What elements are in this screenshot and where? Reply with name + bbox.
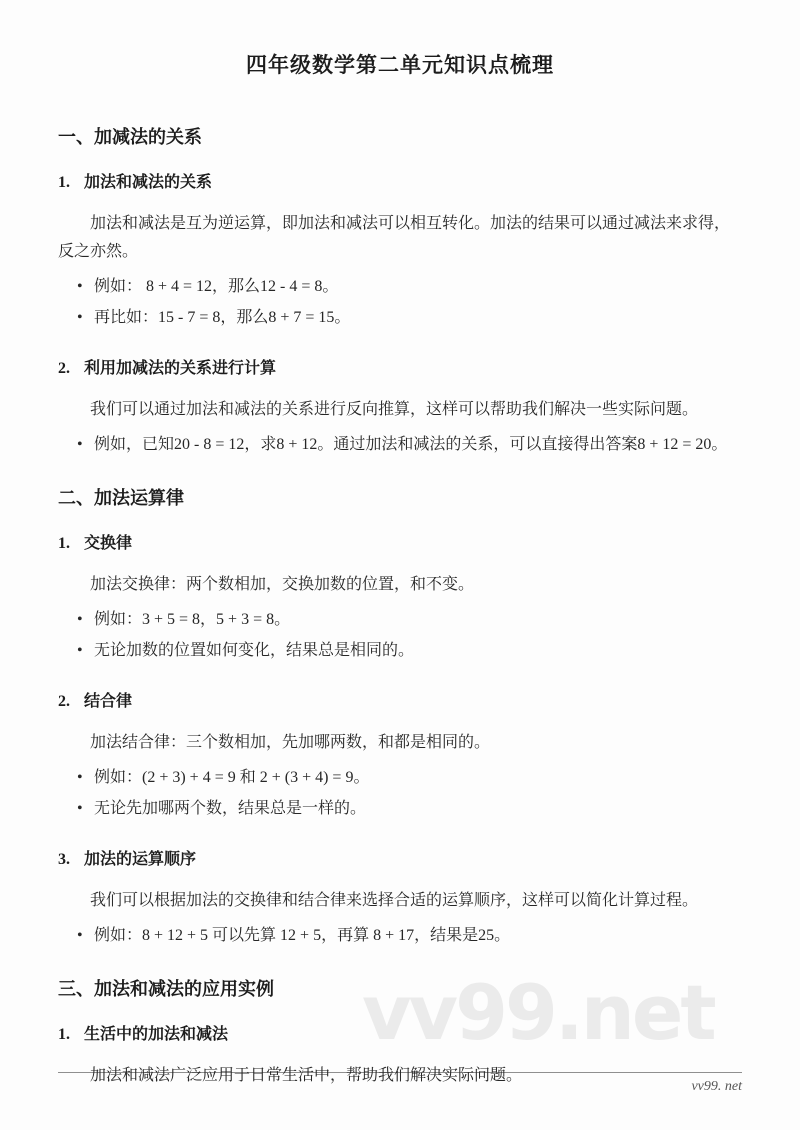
item-number: 2. (58, 358, 84, 380)
item-number: 2. (58, 691, 84, 713)
item-number: 1. (58, 1024, 84, 1046)
item-heading: 2. 结合律 (58, 691, 742, 713)
item-title: 生活中的加法和减法 (84, 1024, 228, 1046)
item-heading: 2. 利用加减法的关系进行计算 (58, 358, 742, 380)
topic-item: 1. 交换律 加法交换律：两个数相加，交换加数的位置，和不变。 例如：3 + 5… (58, 533, 742, 663)
bullet-list: 例如：(2 + 3) + 4 = 9 和 2 + (3 + 4) = 9。 无论… (58, 765, 742, 821)
item-paragraph: 加法和减法是互为逆运算，即加法和减法可以相互转化。加法的结果可以通过减法来求得，… (58, 210, 742, 266)
item-title: 加法和减法的关系 (84, 172, 212, 194)
bullet-list: 例如：8 + 12 + 5 可以先算 12 + 5，再算 8 + 17，结果是2… (58, 923, 742, 948)
item-number: 1. (58, 533, 84, 555)
section-heading: 一、加减法的关系 (58, 124, 742, 150)
bullet-item: 例如：3 + 5 = 8，5 + 3 = 8。 (94, 607, 742, 632)
bullet-list: 例如，已知20 - 8 = 12，求8 + 12。通过加法和减法的关系，可以直接… (58, 432, 742, 457)
bullet-item: 例如，已知20 - 8 = 12，求8 + 12。通过加法和减法的关系，可以直接… (94, 432, 742, 457)
item-number: 3. (58, 849, 84, 871)
item-paragraph: 加法结合律：三个数相加，先加哪两数，和都是相同的。 (58, 729, 742, 757)
topic-item: 2. 结合律 加法结合律：三个数相加，先加哪两数，和都是相同的。 例如：(2 +… (58, 691, 742, 821)
bullet-item: 例如：(2 + 3) + 4 = 9 和 2 + (3 + 4) = 9。 (94, 765, 742, 790)
bullet-item: 例如：8 + 12 + 5 可以先算 12 + 5，再算 8 + 17，结果是2… (94, 923, 742, 948)
document-content: 四年级数学第二单元知识点梳理 一、加减法的关系 1. 加法和减法的关系 加法和减… (0, 0, 800, 1090)
item-heading: 1. 生活中的加法和减法 (58, 1024, 742, 1046)
bullet-item: 例如： 8 + 4 = 12，那么12 - 4 = 8。 (94, 274, 742, 299)
section-heading: 三、加法和减法的应用实例 (58, 976, 742, 1002)
topic-item: 1. 加法和减法的关系 加法和减法是互为逆运算，即加法和减法可以相互转化。加法的… (58, 172, 742, 330)
topic-item: 2. 利用加减法的关系进行计算 我们可以通过加法和减法的关系进行反向推算，这样可… (58, 358, 742, 457)
item-heading: 1. 加法和减法的关系 (58, 172, 742, 194)
item-paragraph: 加法和减法广泛应用于日常生活中，帮助我们解决实际问题。 (58, 1062, 742, 1090)
section-addition-subtraction-relationship: 一、加减法的关系 1. 加法和减法的关系 加法和减法是互为逆运算，即加法和减法可… (58, 124, 742, 457)
item-heading: 1. 交换律 (58, 533, 742, 555)
bullet-item: 无论先加哪两个数，结果总是一样的。 (94, 796, 742, 821)
item-paragraph: 我们可以根据加法的交换律和结合律来选择合适的运算顺序，这样可以简化计算过程。 (58, 887, 742, 915)
item-paragraph: 加法交换律：两个数相加，交换加数的位置，和不变。 (58, 571, 742, 599)
bullet-item: 无论加数的位置如何变化，结果总是相同的。 (94, 638, 742, 663)
document-title: 四年级数学第二单元知识点梳理 (58, 50, 742, 82)
item-heading: 3. 加法的运算顺序 (58, 849, 742, 871)
section-addition-laws: 二、加法运算律 1. 交换律 加法交换律：两个数相加，交换加数的位置，和不变。 … (58, 485, 742, 948)
bullet-list: 例如：3 + 5 = 8，5 + 3 = 8。 无论加数的位置如何变化，结果总是… (58, 607, 742, 663)
topic-item: 1. 生活中的加法和减法 加法和减法广泛应用于日常生活中，帮助我们解决实际问题。 (58, 1024, 742, 1090)
item-title: 交换律 (84, 533, 132, 555)
item-title: 利用加减法的关系进行计算 (84, 358, 276, 380)
section-application-examples: 三、加法和减法的应用实例 1. 生活中的加法和减法 加法和减法广泛应用于日常生活… (58, 976, 742, 1090)
section-heading: 二、加法运算律 (58, 485, 742, 511)
bullet-item: 再比如：15 - 7 = 8，那么8 + 7 = 15。 (94, 305, 742, 330)
item-title: 结合律 (84, 691, 132, 713)
document-page: vv99.net 四年级数学第二单元知识点梳理 一、加减法的关系 1. 加法和减… (0, 0, 800, 1130)
item-title: 加法的运算顺序 (84, 849, 196, 871)
bullet-list: 例如： 8 + 4 = 12，那么12 - 4 = 8。 再比如：15 - 7 … (58, 274, 742, 330)
topic-item: 3. 加法的运算顺序 我们可以根据加法的交换律和结合律来选择合适的运算顺序，这样… (58, 849, 742, 948)
item-paragraph: 我们可以通过加法和减法的关系进行反向推算，这样可以帮助我们解决一些实际问题。 (58, 396, 742, 424)
item-number: 1. (58, 172, 84, 194)
